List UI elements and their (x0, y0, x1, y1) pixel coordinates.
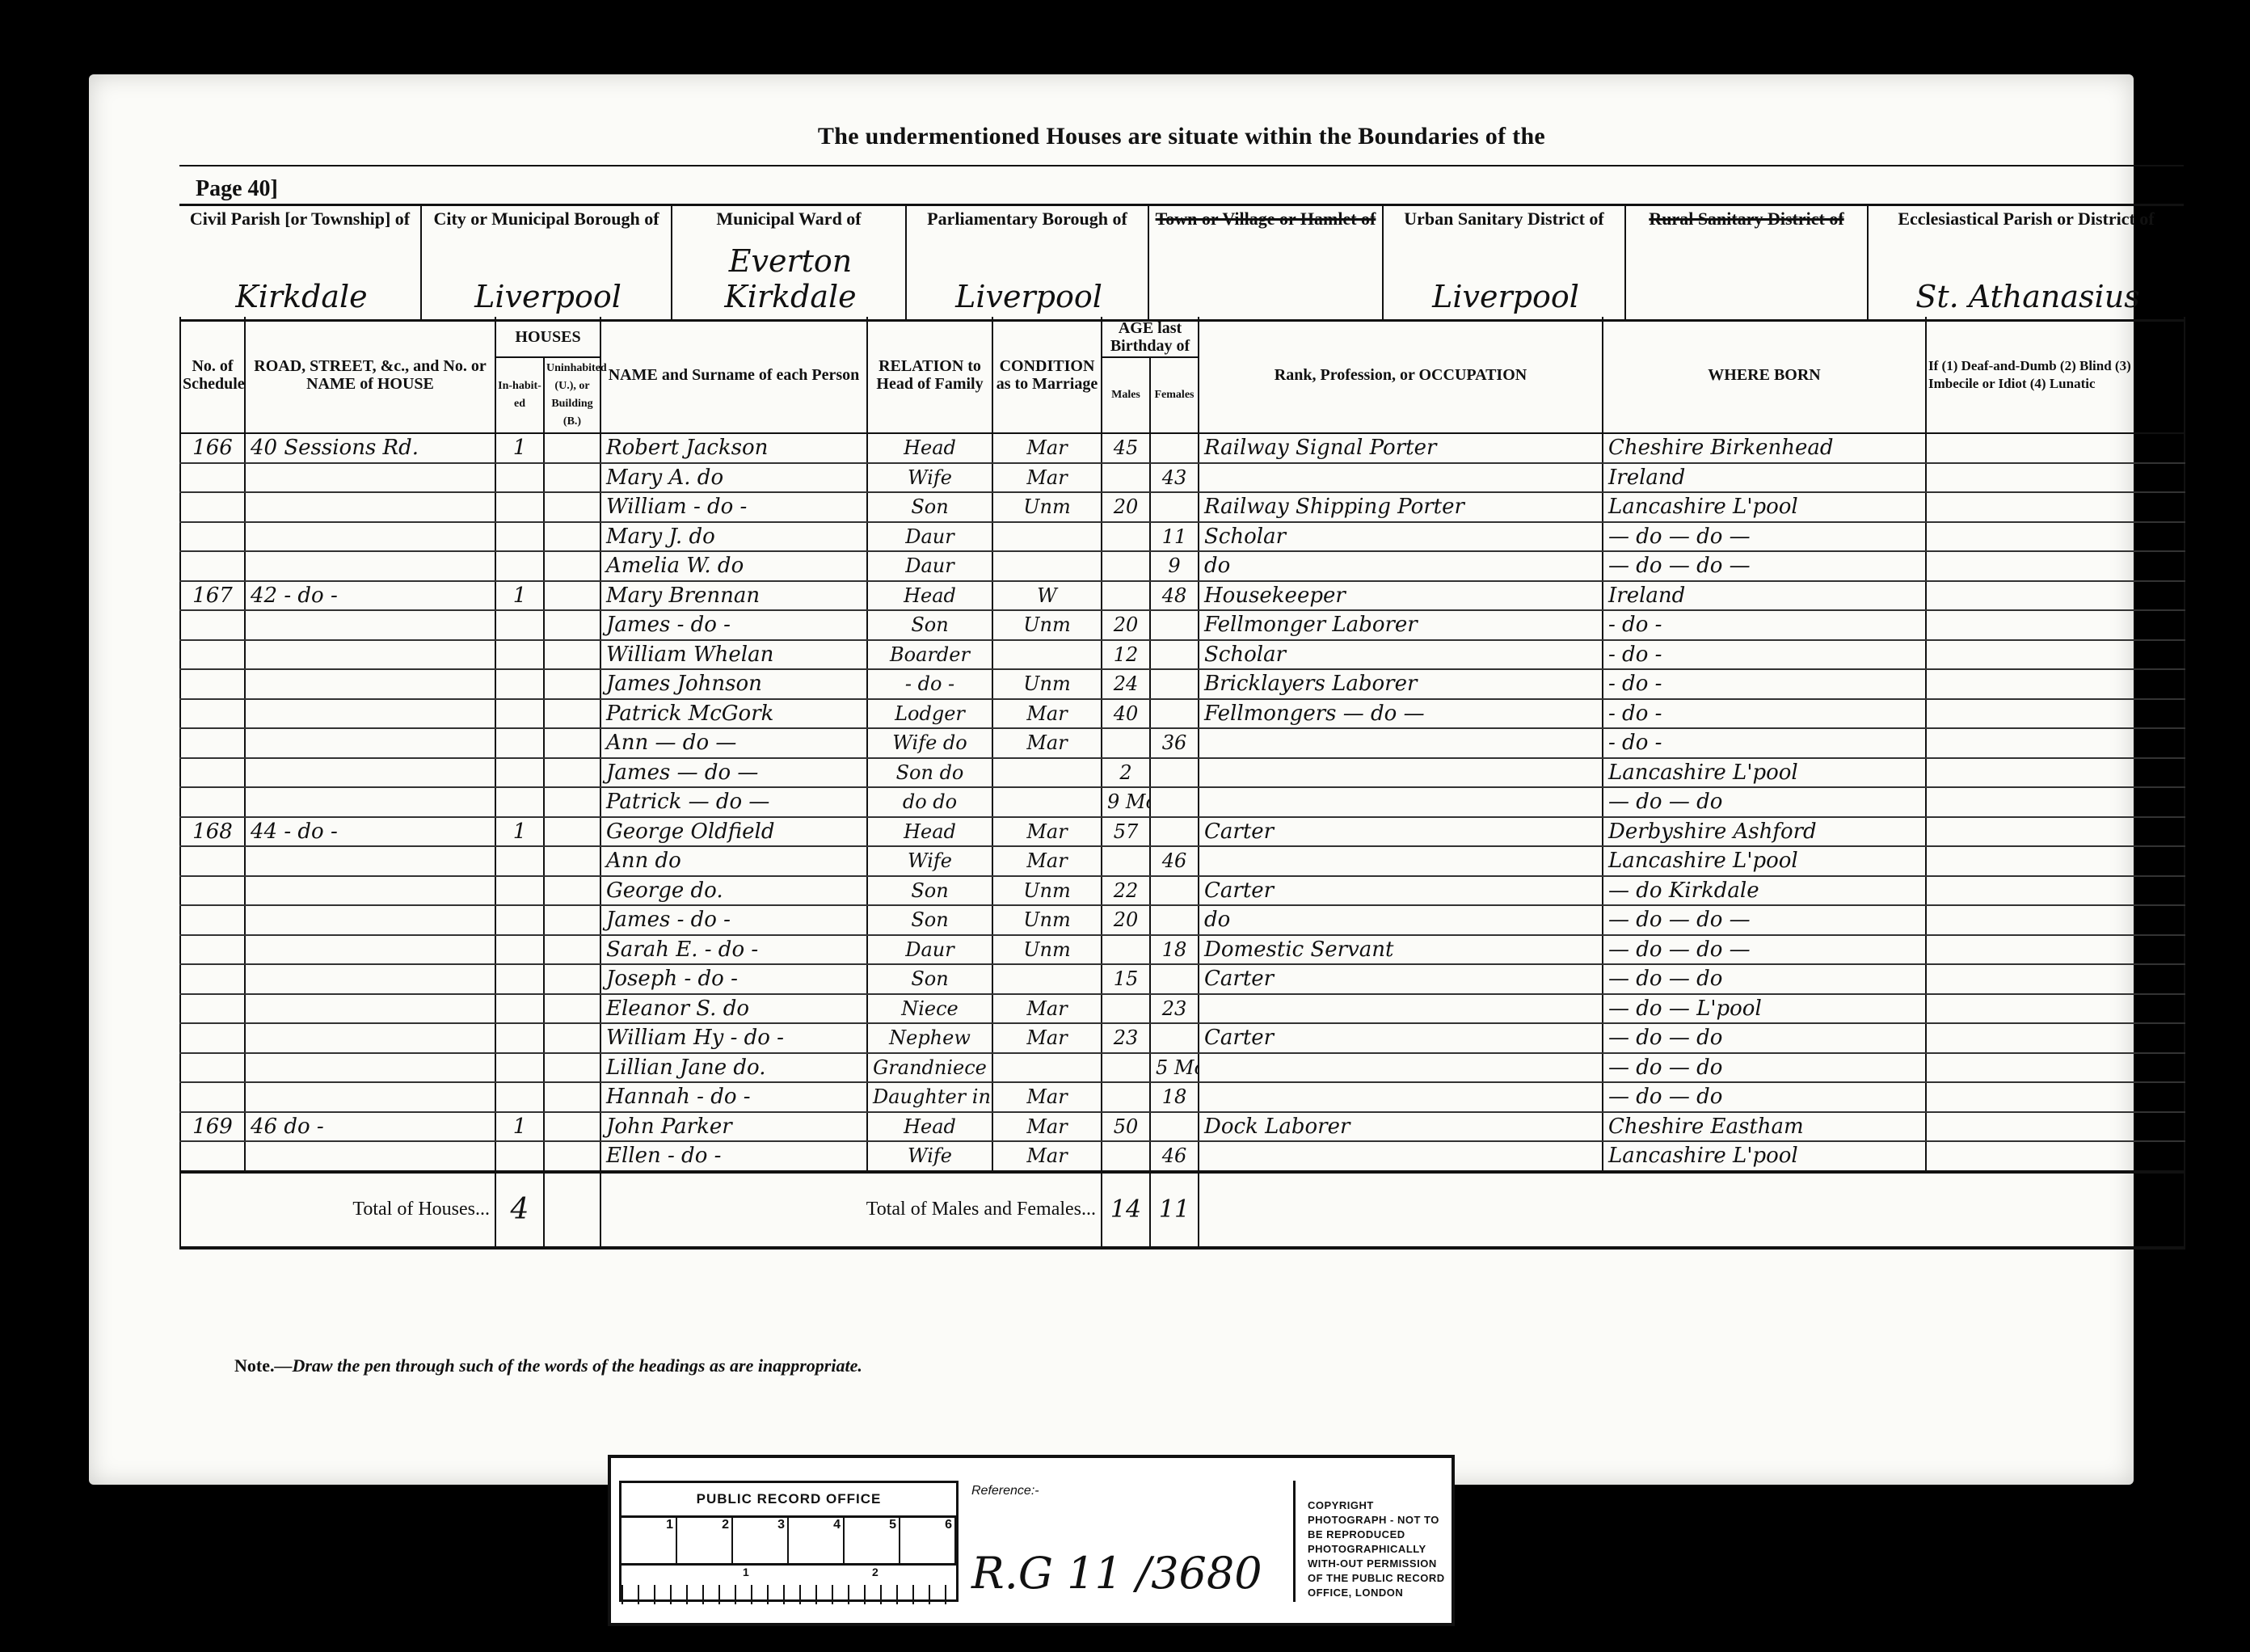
col-inhabited: In-habit-ed (495, 357, 544, 433)
cell-occupation (1199, 728, 1603, 758)
census-table: No. of Schedule ROAD, STREET, &c., and N… (179, 317, 2184, 1250)
cell-where-born: Lancashire L'pool (1603, 492, 1926, 522)
cell-relation: Daughter in Law (867, 1082, 992, 1112)
col-condition: CONDITION as to Marriage (992, 317, 1102, 433)
total-males-value: 14 (1102, 1172, 1150, 1248)
cell-where-born: — do — do (1603, 1053, 1926, 1083)
cell-name: James — do — (600, 758, 867, 788)
cell-where-born: — do — do (1603, 787, 1926, 817)
parliamentary-borough-value: Liverpool (915, 279, 1143, 314)
cell-road (245, 640, 495, 670)
cell-inhabited (495, 699, 544, 729)
cell-where-born: Derbyshire Ashford (1603, 817, 1926, 847)
cell-where-born: - do - (1603, 669, 1926, 699)
cell-road (245, 699, 495, 729)
footnote-prefix: Note. (234, 1355, 274, 1376)
cell-where-born: — do — do (1603, 1082, 1926, 1112)
cell-occupation (1199, 1141, 1603, 1172)
cell-where-born: — do — do — (1603, 935, 1926, 965)
total-persons-label: Total of Males and Females... (600, 1172, 1102, 1248)
cell-name: William - do - (600, 492, 867, 522)
cell-inhabited (495, 758, 544, 788)
cell-inhabited (495, 463, 544, 493)
cell-condition (992, 640, 1102, 670)
cell-condition: W (992, 581, 1102, 611)
cell-road (245, 1053, 495, 1083)
col-males: Males (1102, 357, 1150, 433)
cell-relation: Head (867, 1112, 992, 1142)
boundary-header: Civil Parish [or Township] of Kirkdale C… (179, 204, 2184, 322)
cell-inhabited: 1 (495, 433, 544, 463)
cell-where-born: Lancashire L'pool (1603, 846, 1926, 876)
cell-male-age: 20 (1102, 610, 1150, 640)
cell-female-age (1150, 640, 1199, 670)
cell-relation: Son (867, 964, 992, 994)
cell-male-age (1102, 846, 1150, 876)
cell-road (245, 846, 495, 876)
cell-male-age (1102, 463, 1150, 493)
cell-occupation (1199, 463, 1603, 493)
cell-name: Sarah E. - do - (600, 935, 867, 965)
ruler-inches: 1 2 (621, 1566, 956, 1604)
civil-parish-value: Kirkdale (187, 279, 415, 314)
cell-schedule (180, 994, 245, 1024)
cell-condition: Mar (992, 1082, 1102, 1112)
cell-inhabited (495, 964, 544, 994)
cell-road (245, 964, 495, 994)
cell-female-age (1150, 1023, 1199, 1053)
cell-schedule (180, 728, 245, 758)
cell-occupation (1199, 758, 1603, 788)
cell-inhabited (495, 1053, 544, 1083)
table-row: 16844 - do -1George OldfieldHeadMar57Car… (180, 817, 2185, 847)
cell-relation: Head (867, 581, 992, 611)
cell-schedule (180, 640, 245, 670)
col-occupation: Rank, Profession, or OCCUPATION (1199, 317, 1603, 433)
cell-where-born: — do Kirkdale (1603, 876, 1926, 906)
cell-condition (992, 787, 1102, 817)
cell-name: Robert Jackson (600, 433, 867, 463)
cell-male-age (1102, 1053, 1150, 1083)
cell-male-age: 20 (1102, 492, 1150, 522)
reference-label: Reference:- (971, 1484, 1039, 1498)
total-houses-label: Total of Houses... (180, 1172, 495, 1248)
cell-road: 46 do - (245, 1112, 495, 1142)
cell-inhabited: 1 (495, 817, 544, 847)
cell-name: Ellen - do - (600, 1141, 867, 1172)
cell-male-age (1102, 551, 1150, 581)
cell-name: Mary A. do (600, 463, 867, 493)
cell-female-age: 46 (1150, 1141, 1199, 1172)
cell-occupation: Scholar (1199, 522, 1603, 552)
cell-road (245, 935, 495, 965)
table-row: Ann doWifeMar46Lancashire L'pool (180, 846, 2185, 876)
cell-condition (992, 522, 1102, 552)
cell-relation: Wife (867, 846, 992, 876)
total-houses-value: 4 (495, 1172, 544, 1248)
copyright-notice: COPYRIGHT PHOTOGRAPH - NOT TO BE REPRODU… (1308, 1498, 1453, 1600)
cell-inhabited (495, 935, 544, 965)
cell-schedule: 168 (180, 817, 245, 847)
cell-name: Patrick McGork (600, 699, 867, 729)
cell-condition: Unm (992, 610, 1102, 640)
table-row: Lillian Jane do.Grandniece5 Mo— do — do (180, 1053, 2185, 1083)
cell-inhabited (495, 1023, 544, 1053)
cell-condition: Mar (992, 994, 1102, 1024)
cell-schedule (180, 1053, 245, 1083)
cell-occupation: Railway Shipping Porter (1199, 492, 1603, 522)
col-infirmity: If (1) Deaf-and-Dumb (2) Blind (3) Imbec… (1926, 317, 2185, 433)
cell-condition: Unm (992, 935, 1102, 965)
cell-inhabited (495, 492, 544, 522)
cell-schedule (180, 463, 245, 493)
cell-name: James Johnson (600, 669, 867, 699)
cell-relation: Wife (867, 1141, 992, 1172)
cell-occupation: Scholar (1199, 640, 1603, 670)
cell-schedule (180, 492, 245, 522)
cell-relation: Niece (867, 994, 992, 1024)
cell-road (245, 610, 495, 640)
col-age: AGE last Birthday of (1102, 317, 1199, 357)
cell-name: George Oldfield (600, 817, 867, 847)
cell-road (245, 669, 495, 699)
cell-condition: Mar (992, 1023, 1102, 1053)
cell-condition: Mar (992, 463, 1102, 493)
cell-condition: Mar (992, 1141, 1102, 1172)
cell-where-born: — do — do — (1603, 905, 1926, 935)
cell-male-age: 15 (1102, 964, 1150, 994)
cell-schedule (180, 699, 245, 729)
cell-schedule (180, 758, 245, 788)
col-road: ROAD, STREET, &c., and No. or NAME of HO… (245, 317, 495, 433)
cell-occupation: Domestic Servant (1199, 935, 1603, 965)
cell-name: James - do - (600, 905, 867, 935)
table-row: Hannah - do -Daughter in LawMar18— do — … (180, 1082, 2185, 1112)
cell-condition (992, 1053, 1102, 1083)
cell-female-age (1150, 492, 1199, 522)
cell-relation: Son (867, 492, 992, 522)
municipal-ward-value: Everton Kirkdale (680, 243, 900, 314)
cell-condition: Mar (992, 699, 1102, 729)
footnote: Note.—Draw the pen through such of the w… (234, 1355, 862, 1376)
cell-occupation: do (1199, 905, 1603, 935)
record-office-stamp: PUBLIC RECORD OFFICE 1 2 3 4 5 6 1 2 Ref… (608, 1455, 1455, 1626)
cell-male-age (1102, 1141, 1150, 1172)
cell-schedule (180, 1082, 245, 1112)
reference-box: Reference:- R.G 11 /3680 (963, 1481, 1296, 1602)
field-municipal-borough: City or Municipal Borough of Liverpool (422, 206, 672, 319)
cell-schedule (180, 551, 245, 581)
cell-occupation (1199, 1082, 1603, 1112)
cell-female-age (1150, 1112, 1199, 1142)
table-row: Sarah E. - do -DaurUnm18Domestic Servant… (180, 935, 2185, 965)
cell-male-age (1102, 728, 1150, 758)
cell-inhabited (495, 551, 544, 581)
cell-schedule (180, 1023, 245, 1053)
cell-schedule: 167 (180, 581, 245, 611)
cell-name: William Whelan (600, 640, 867, 670)
cell-road: 44 - do - (245, 817, 495, 847)
cell-male-age: 45 (1102, 433, 1150, 463)
cell-where-born: Cheshire Birkenhead (1603, 433, 1926, 463)
cell-female-age: 9 (1150, 551, 1199, 581)
cell-occupation: Carter (1199, 964, 1603, 994)
table-row: 16742 - do -1Mary BrennanHeadW48Housekee… (180, 581, 2185, 611)
cell-relation: Daur (867, 522, 992, 552)
cell-male-age: 12 (1102, 640, 1150, 670)
cell-inhabited: 1 (495, 1112, 544, 1142)
table-row: James — do —Son do2Lancashire L'pool (180, 758, 2185, 788)
cell-inhabited (495, 1082, 544, 1112)
table-row: Amelia W. doDaur9do— do — do — (180, 551, 2185, 581)
cell-female-age (1150, 758, 1199, 788)
field-parliamentary-borough: Parliamentary Borough of Liverpool (907, 206, 1149, 319)
cell-schedule (180, 876, 245, 906)
cell-male-age: 50 (1102, 1112, 1150, 1142)
cell-female-age (1150, 610, 1199, 640)
cell-road (245, 522, 495, 552)
cell-inhabited: 1 (495, 581, 544, 611)
cell-female-age (1150, 433, 1199, 463)
cell-condition: Unm (992, 492, 1102, 522)
cell-occupation: Bricklayers Laborer (1199, 669, 1603, 699)
cell-where-born: - do - (1603, 699, 1926, 729)
cell-name: Patrick — do — (600, 787, 867, 817)
cell-relation: do do (867, 787, 992, 817)
cell-occupation: Fellmongers — do — (1199, 699, 1603, 729)
table-row: William Hy - do -NephewMar23Carter— do —… (180, 1023, 2185, 1053)
cell-road: 42 - do - (245, 581, 495, 611)
cell-name: George do. (600, 876, 867, 906)
cell-relation: Nephew (867, 1023, 992, 1053)
cell-where-born: Lancashire L'pool (1603, 1141, 1926, 1172)
table-row: Mary A. doWifeMar43Ireland (180, 463, 2185, 493)
table-row: William - do -SonUnm20Railway Shipping P… (180, 492, 2185, 522)
cell-road: 40 Sessions Rd. (245, 433, 495, 463)
cell-where-born: — do — do — (1603, 522, 1926, 552)
cell-schedule (180, 787, 245, 817)
table-row: James Johnson- do -Unm24Bricklayers Labo… (180, 669, 2185, 699)
cell-occupation: Carter (1199, 1023, 1603, 1053)
cell-road (245, 787, 495, 817)
cell-condition: Unm (992, 876, 1102, 906)
cell-schedule (180, 964, 245, 994)
table-row: Ellen - do -WifeMar46Lancashire L'pool (180, 1141, 2185, 1172)
ecclesiastical-parish-value: St. Athanasius (1877, 279, 2179, 314)
cell-inhabited (495, 787, 544, 817)
table-row: 16946 do -1John ParkerHeadMar50Dock Labo… (180, 1112, 2185, 1142)
table-row: Patrick — do —do do9 Mo— do — do (180, 787, 2185, 817)
cell-relation: Wife (867, 463, 992, 493)
table-row: William WhelanBoarder12Scholar- do - (180, 640, 2185, 670)
cell-where-born: Ireland (1603, 581, 1926, 611)
cell-occupation: Dock Laborer (1199, 1112, 1603, 1142)
cell-where-born: — do — do (1603, 964, 1926, 994)
pro-ruler-box: PUBLIC RECORD OFFICE 1 2 3 4 5 6 1 2 (619, 1481, 959, 1602)
cell-male-age: 20 (1102, 905, 1150, 935)
cell-relation: Son do (867, 758, 992, 788)
cell-name: Ann do (600, 846, 867, 876)
cell-inhabited (495, 728, 544, 758)
cell-relation: Daur (867, 551, 992, 581)
cell-condition: Mar (992, 1112, 1102, 1142)
pro-title: PUBLIC RECORD OFFICE (621, 1483, 956, 1518)
col-name: NAME and Surname of each Person (600, 317, 867, 433)
urban-sanitary-value: Liverpool (1392, 279, 1620, 314)
page-number: Page 40] (196, 176, 278, 202)
cell-inhabited (495, 522, 544, 552)
cell-schedule (180, 522, 245, 552)
cell-road (245, 994, 495, 1024)
census-page: The undermentioned Houses are situate wi… (89, 74, 2134, 1485)
cell-relation: Son (867, 876, 992, 906)
cell-male-age: 2 (1102, 758, 1150, 788)
cell-condition: Unm (992, 669, 1102, 699)
cell-schedule: 169 (180, 1112, 245, 1142)
cell-male-age: 9 Mo (1102, 787, 1150, 817)
cell-condition: Mar (992, 817, 1102, 847)
col-where-born: WHERE BORN (1603, 317, 1926, 433)
cell-female-age: 46 (1150, 846, 1199, 876)
header-rule (179, 165, 2184, 166)
cell-name: Eleanor S. do (600, 994, 867, 1024)
col-schedule: No. of Schedule (180, 317, 245, 433)
cell-relation: Lodger (867, 699, 992, 729)
cell-where-born: - do - (1603, 610, 1926, 640)
cell-name: Ann — do — (600, 728, 867, 758)
cell-road (245, 551, 495, 581)
cell-condition (992, 964, 1102, 994)
cell-inhabited (495, 640, 544, 670)
cell-condition (992, 551, 1102, 581)
table-row: 16640 Sessions Rd.1Robert JacksonHeadMar… (180, 433, 2185, 463)
cell-relation: Head (867, 817, 992, 847)
cell-name: Hannah - do - (600, 1082, 867, 1112)
cell-schedule (180, 905, 245, 935)
cell-road (245, 728, 495, 758)
table-row: Mary J. doDaur11Scholar— do — do — (180, 522, 2185, 552)
cell-inhabited (495, 669, 544, 699)
cell-male-age (1102, 1082, 1150, 1112)
field-civil-parish: Civil Parish [or Township] of Kirkdale (179, 206, 422, 319)
field-municipal-ward: Municipal Ward of Everton Kirkdale (672, 206, 907, 319)
footnote-text: —Draw the pen through such of the words … (274, 1355, 862, 1376)
table-row: Patrick McGorkLodgerMar40Fellmongers — d… (180, 699, 2185, 729)
cell-inhabited (495, 846, 544, 876)
cell-condition: Mar (992, 728, 1102, 758)
col-uninhabited: Uninhabited (U.), or Building (B.) (544, 357, 600, 433)
cell-road (245, 492, 495, 522)
page-title: The undermentioned Houses are situate wi… (179, 123, 2184, 150)
cell-relation: Son (867, 610, 992, 640)
table-row: James - do -SonUnm20do— do — do — (180, 905, 2185, 935)
cell-male-age: 40 (1102, 699, 1150, 729)
cell-male-age: 57 (1102, 817, 1150, 847)
cell-relation: Wife do (867, 728, 992, 758)
cell-male-age (1102, 522, 1150, 552)
cell-schedule (180, 1141, 245, 1172)
cell-occupation: Fellmonger Laborer (1199, 610, 1603, 640)
cell-male-age: 23 (1102, 1023, 1150, 1053)
cell-relation: Grandniece (867, 1053, 992, 1083)
ruler-cm: 1 2 3 4 5 6 (621, 1518, 956, 1566)
cell-female-age (1150, 817, 1199, 847)
cell-road (245, 905, 495, 935)
reference-value: R.G 11 /3680 (971, 1548, 1262, 1599)
cell-where-born: - do - (1603, 640, 1926, 670)
cell-road (245, 1023, 495, 1053)
cell-female-age: 5 Mo (1150, 1053, 1199, 1083)
table-row: Eleanor S. doNieceMar23— do — L'pool (180, 994, 2185, 1024)
cell-schedule (180, 669, 245, 699)
cell-where-born: - do - (1603, 728, 1926, 758)
cell-schedule (180, 610, 245, 640)
cell-occupation: Railway Signal Porter (1199, 433, 1603, 463)
cell-relation: Boarder (867, 640, 992, 670)
cell-inhabited (495, 994, 544, 1024)
table-row: James - do -SonUnm20Fellmonger Laborer- … (180, 610, 2185, 640)
total-females-value: 11 (1150, 1172, 1199, 1248)
cell-female-age: 48 (1150, 581, 1199, 611)
cell-female-age (1150, 876, 1199, 906)
col-relation: RELATION to Head of Family (867, 317, 992, 433)
cell-road (245, 1082, 495, 1112)
col-houses: HOUSES (495, 317, 600, 357)
cell-relation: Son (867, 905, 992, 935)
col-females: Females (1150, 357, 1199, 433)
cell-where-born: — do — do — (1603, 551, 1926, 581)
cell-where-born: — do — do (1603, 1023, 1926, 1053)
cell-inhabited (495, 905, 544, 935)
field-urban-sanitary: Urban Sanitary District of Liverpool (1384, 206, 1626, 319)
table-row: George do.SonUnm22Carter— do Kirkdale (180, 876, 2185, 906)
cell-name: John Parker (600, 1112, 867, 1142)
cell-female-age: 36 (1150, 728, 1199, 758)
cell-female-age (1150, 905, 1199, 935)
cell-relation: - do - (867, 669, 992, 699)
table-row: Ann — do —Wife doMar36- do - (180, 728, 2185, 758)
cell-where-born: Ireland (1603, 463, 1926, 493)
municipal-borough-value: Liverpool (430, 279, 666, 314)
cell-occupation: Housekeeper (1199, 581, 1603, 611)
cell-name: Joseph - do - (600, 964, 867, 994)
cell-male-age: 24 (1102, 669, 1150, 699)
cell-occupation (1199, 1053, 1603, 1083)
cell-occupation (1199, 846, 1603, 876)
cell-road (245, 758, 495, 788)
cell-occupation: Carter (1199, 817, 1603, 847)
field-town-village: Town or Village or Hamlet of (1149, 206, 1384, 319)
cell-male-age (1102, 581, 1150, 611)
cell-relation: Head (867, 433, 992, 463)
cell-female-age (1150, 669, 1199, 699)
cell-male-age (1102, 994, 1150, 1024)
cell-female-age: 18 (1150, 935, 1199, 965)
cell-condition: Mar (992, 433, 1102, 463)
cell-name: Mary Brennan (600, 581, 867, 611)
cell-condition (992, 758, 1102, 788)
cell-female-age (1150, 699, 1199, 729)
cell-schedule: 166 (180, 433, 245, 463)
cell-female-age: 43 (1150, 463, 1199, 493)
field-ecclesiastical-parish: Ecclesiastical Parish or District of St.… (1869, 206, 2184, 319)
cell-male-age: 22 (1102, 876, 1150, 906)
cell-occupation (1199, 787, 1603, 817)
cell-inhabited (495, 876, 544, 906)
cell-female-age: 18 (1150, 1082, 1199, 1112)
cell-schedule (180, 846, 245, 876)
cell-road (245, 463, 495, 493)
